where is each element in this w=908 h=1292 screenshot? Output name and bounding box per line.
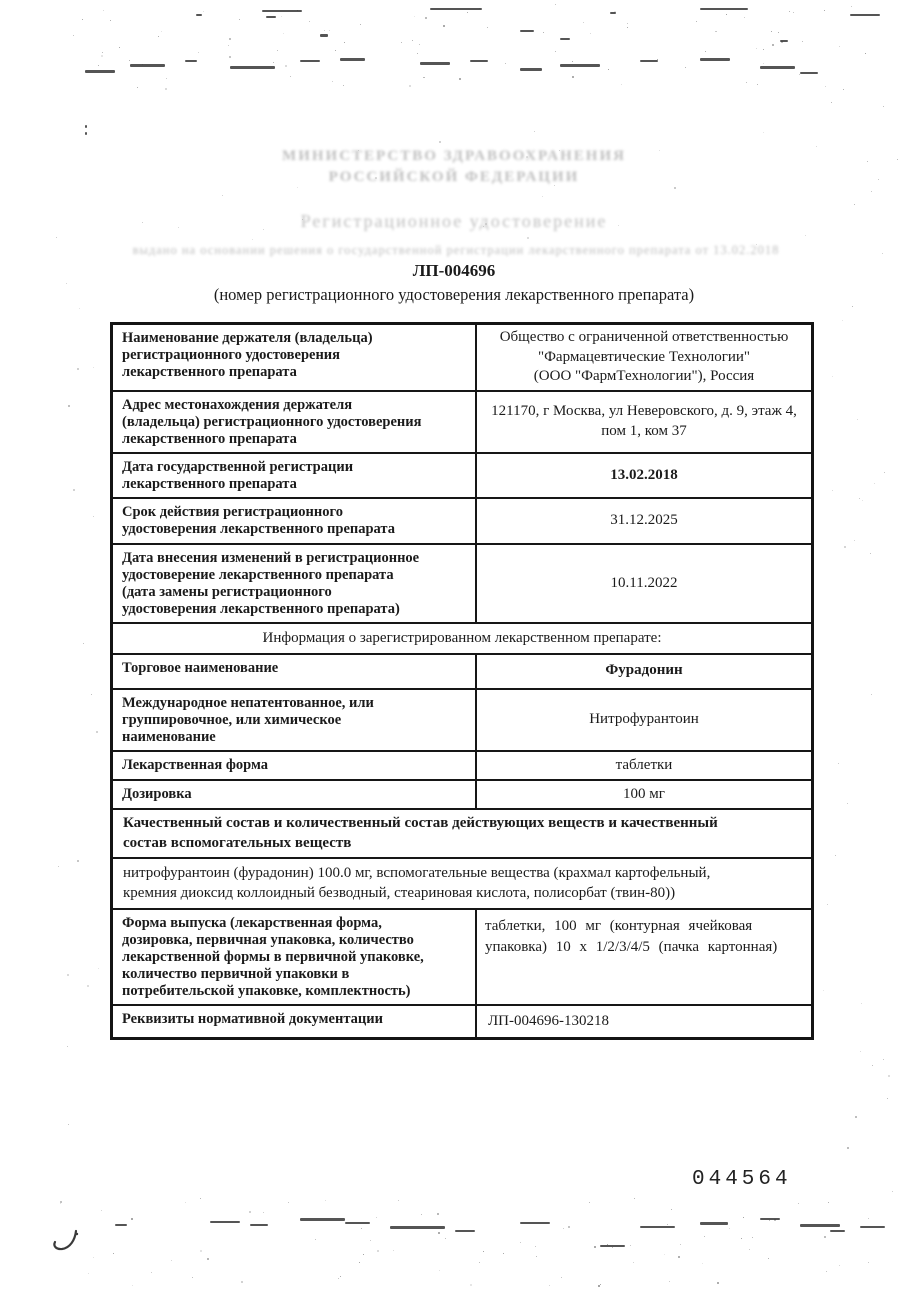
row-label: Дата государственной регистрации лекарст… bbox=[112, 453, 477, 498]
table-row-composition-heading: Качественный состав и количественный сос… bbox=[112, 809, 813, 858]
row-value: ЛП-004696-130218 bbox=[476, 1005, 813, 1038]
certificate-subtitle-faded: выдано на основании решения о государств… bbox=[94, 243, 818, 258]
scanned-document-page: МИНИСТЕРСТВО ЗДРАВООХРАНЕНИЯ РОССИЙСКОЙ … bbox=[0, 0, 908, 1292]
row-value: 121170, г Москва, ул Неверовского, д. 9,… bbox=[476, 391, 813, 453]
table-row-amendment-date: Дата внесения изменений в регистрационно… bbox=[112, 544, 813, 623]
row-label: Международное непатентованное, или групп… bbox=[112, 689, 477, 751]
registration-number-caption: (номер регистрационного удостоверения ле… bbox=[0, 285, 908, 305]
row-value: Нитрофурантоин bbox=[476, 689, 813, 751]
row-value: 100 мг bbox=[476, 780, 813, 809]
serial-number-stamp: 044564 bbox=[692, 1168, 792, 1191]
row-label: Реквизиты нормативной документации bbox=[112, 1005, 477, 1038]
table-row-trade-name: Торговое наименование Фурадонин bbox=[112, 654, 813, 689]
table-row-holder-address: Адрес местонахождения держателя (владель… bbox=[112, 391, 813, 453]
table-row-normative-docs: Реквизиты нормативной документации ЛП-00… bbox=[112, 1005, 813, 1038]
row-label: Лекарственная форма bbox=[112, 751, 477, 780]
registration-number: ЛП-004696 bbox=[0, 261, 908, 281]
registration-table: Наименование держателя (владельца) регис… bbox=[110, 322, 814, 1040]
row-value: 13.02.2018 bbox=[476, 453, 813, 498]
row-label: Торговое наименование bbox=[112, 654, 477, 689]
row-label: Дозировка bbox=[112, 780, 477, 809]
row-label: Адрес местонахождения держателя (владель… bbox=[112, 391, 477, 453]
table-row-composition-value: нитрофурантоин (фурадонин) 100.0 мг, всп… bbox=[112, 858, 813, 909]
handwritten-mark bbox=[50, 1228, 84, 1258]
row-label: Наименование держателя (владельца) регис… bbox=[112, 324, 477, 391]
table-row-inn-name: Международное непатентованное, или групп… bbox=[112, 689, 813, 751]
ministry-line-1: МИНИСТЕРСТВО ЗДРАВООХРАНЕНИЯ bbox=[0, 146, 908, 167]
table-row-holder-name: Наименование держателя (владельца) регис… bbox=[112, 324, 813, 391]
composition-value: нитрофурантоин (фурадонин) 100.0 мг, всп… bbox=[112, 858, 813, 909]
table-row-registration-date: Дата государственной регистрации лекарст… bbox=[112, 453, 813, 498]
table-row-info-heading: Информация о зарегистрированном лекарств… bbox=[112, 623, 813, 653]
info-heading: Информация о зарегистрированном лекарств… bbox=[112, 623, 813, 653]
row-label: Форма выпуска (лекарственная форма, дози… bbox=[112, 909, 477, 1006]
certificate-title-faded: Регистрационное удостоверение bbox=[0, 211, 908, 232]
row-label: Срок действия регистрационного удостовер… bbox=[112, 498, 477, 544]
ministry-header: МИНИСТЕРСТВО ЗДРАВООХРАНЕНИЯ РОССИЙСКОЙ … bbox=[0, 146, 908, 188]
table-row-dosage: Дозировка 100 мг bbox=[112, 780, 813, 809]
row-value: таблетки, 100 мг (контурная ячейковая уп… bbox=[476, 909, 813, 1006]
row-value: 31.12.2025 bbox=[476, 498, 813, 544]
row-value: Фурадонин bbox=[476, 654, 813, 689]
row-value: таблетки bbox=[476, 751, 813, 780]
row-value: Общество с ограниченной ответственностью… bbox=[476, 324, 813, 391]
row-label: Дата внесения изменений в регистрационно… bbox=[112, 544, 477, 623]
composition-heading: Качественный состав и количественный сос… bbox=[112, 809, 813, 858]
table-row-validity-period: Срок действия регистрационного удостовер… bbox=[112, 498, 813, 544]
table-row-dosage-form: Лекарственная форма таблетки bbox=[112, 751, 813, 780]
table-row-release-form: Форма выпуска (лекарственная форма, дози… bbox=[112, 909, 813, 1006]
row-value: 10.11.2022 bbox=[476, 544, 813, 623]
ministry-line-2: РОССИЙСКОЙ ФЕДЕРАЦИИ bbox=[0, 167, 908, 188]
